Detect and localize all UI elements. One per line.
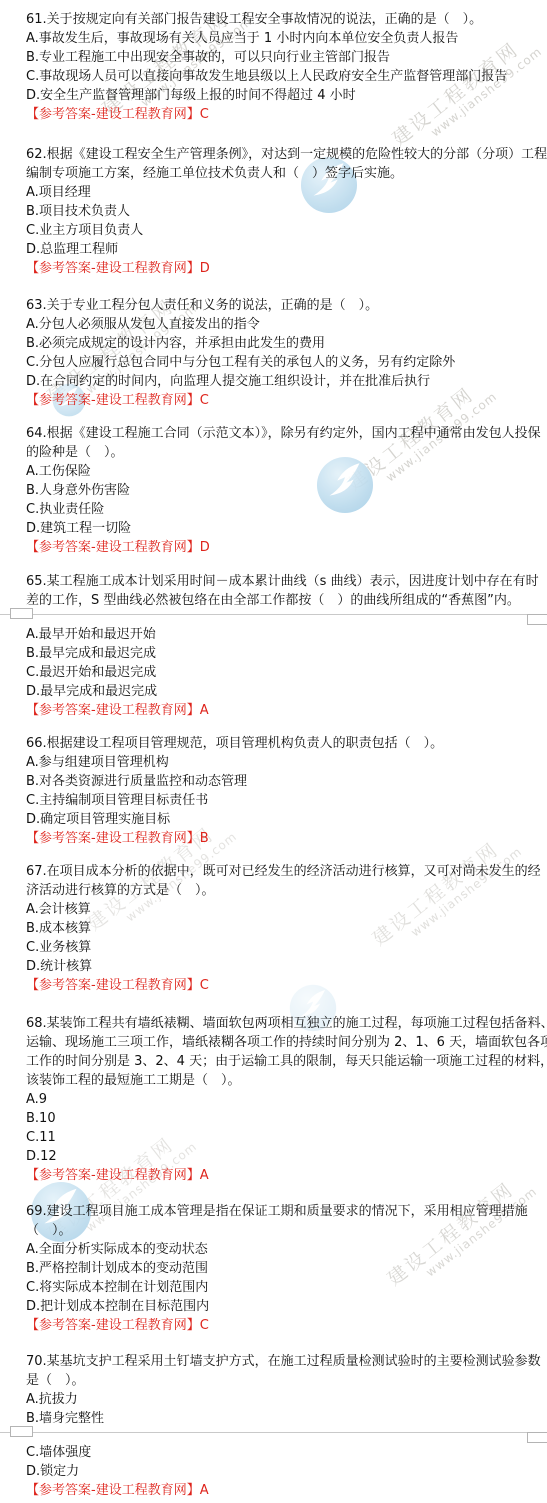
option-line: B.项目技术负责人 <box>26 202 547 221</box>
option-line: D.确定项目管理实施目标 <box>26 810 547 829</box>
option-line: D.12 <box>26 1147 547 1166</box>
answer-letter: C <box>200 107 209 122</box>
page-boundary-line <box>0 614 547 615</box>
question-stem-line: （ ）。 <box>26 1221 547 1240</box>
question-65: 65.某工程施工成本计划采用时间－成本累计曲线（s 曲线）表示，因进度计划中存在… <box>26 572 547 720</box>
question-stem-line: 62.根据《建设工程安全生产管理条例》，对达到一定规模的危险性较大的分部（分项）… <box>26 145 547 164</box>
question-stem-line: 69.建设工程项目施工成本管理是指在保证工期和质量要求的情况下，采用相应管理措施 <box>26 1202 547 1221</box>
answer-prefix: 【参考答案-建设工程教育网】 <box>26 261 200 276</box>
question-stem-line: 64.根据《建设工程施工合同（示范文本）》，除另有约定外，国内工程中通常由发包人… <box>26 424 547 443</box>
option-line: D.锁定力 <box>26 1462 547 1481</box>
option-line: B.专业工程施工中出现安全事故的，可以只向行业主管部门报告 <box>26 48 547 67</box>
question-stem-line: 运输、现场施工三项工作，墙纸裱糊各项工作的持续时间分别为 2、1、6 天，墙面软… <box>26 1033 547 1052</box>
option-line: B.必须完成规定的设计内容，并承担由此发生的费用 <box>26 334 547 353</box>
answer-line: 【参考答案-建设工程教育网】D <box>26 538 547 557</box>
page-margin-mark-left <box>10 608 33 619</box>
answer-letter: D <box>200 540 210 555</box>
page-boundary-line <box>0 1432 547 1433</box>
answer-prefix: 【参考答案-建设工程教育网】 <box>26 393 200 408</box>
option-line: A.最早开始和最迟开始 <box>26 625 547 644</box>
answer-prefix: 【参考答案-建设工程教育网】 <box>26 1168 200 1183</box>
option-line: A.会计核算 <box>26 900 547 919</box>
question-69: 69.建设工程项目施工成本管理是指在保证工期和质量要求的情况下，采用相应管理措施… <box>26 1202 547 1335</box>
question-62: 62.根据《建设工程安全生产管理条例》，对达到一定规模的危险性较大的分部（分项）… <box>26 145 547 278</box>
question-67: 67.在项目成本分析的依据中，既可对已经发生的经济活动进行核算，又可对尚未发生的… <box>26 862 547 995</box>
question-stem-line: 68.某装饰工程共有墙纸裱糊、墙面软包两项相互独立的施工过程，每项施工过程包括备… <box>26 1014 547 1033</box>
option-line: A.项目经理 <box>26 183 547 202</box>
answer-line: 【参考答案-建设工程教育网】C <box>26 1316 547 1335</box>
answer-letter: C <box>200 393 209 408</box>
answer-line: 【参考答案-建设工程教育网】D <box>26 259 547 278</box>
question-stem-line: 编制专项施工方案，经施工单位技术负责人和（ ）签字后实施。 <box>26 164 547 183</box>
question-stem-line: 是（ ）。 <box>26 1371 547 1390</box>
option-line: D.安全生产监督管理部门每级上报的时间不得超过 4 小时 <box>26 86 547 105</box>
question-70: 70.某基坑支护工程采用土钉墙支护方式，在施工过程质量检测试验时的主要检测试验参… <box>26 1352 547 1500</box>
option-line: A.事故发生后，事故现场有关人员应当于 1 小时内向本单位安全负责人报告 <box>26 29 547 48</box>
option-line: C.墙体强度 <box>26 1443 547 1462</box>
answer-line: 【参考答案-建设工程教育网】C <box>26 105 547 124</box>
answer-prefix: 【参考答案-建设工程教育网】 <box>26 703 200 718</box>
option-line: C.最迟开始和最迟完成 <box>26 663 547 682</box>
option-line: C.将实际成本控制在计划范围内 <box>26 1278 547 1297</box>
answer-letter: C <box>200 978 209 993</box>
document-body: 61.关于按规定向有关部门报告建设工程安全事故情况的说法，正确的是（ ）。A.事… <box>0 10 547 1500</box>
answer-prefix: 【参考答案-建设工程教育网】 <box>26 107 200 122</box>
question-stem-line: 工作的时间分别是 3、2、4 天；由于运输工具的限制，每天只能运输一项施工过程的… <box>26 1052 547 1071</box>
question-66: 66.根据建设工程项目管理规范，项目管理机构负责人的职责包括（ ）。A.参与组建… <box>26 734 547 848</box>
option-line: B.对各类资源进行质量监控和动态管理 <box>26 772 547 791</box>
question-stem-line: 65.某工程施工成本计划采用时间－成本累计曲线（s 曲线）表示，因进度计划中存在… <box>26 572 547 591</box>
option-line: C.分包人应履行总包合同中与分包工程有关的承包人的义务，另有约定除外 <box>26 353 547 372</box>
option-line: B.10 <box>26 1109 547 1128</box>
question-68: 68.某装饰工程共有墙纸裱糊、墙面软包两项相互独立的施工过程，每项施工过程包括备… <box>26 1014 547 1185</box>
option-line: B.成本核算 <box>26 919 547 938</box>
question-stem-line: 63.关于专业工程分包人责任和义务的说法，正确的是（ ）。 <box>26 296 547 315</box>
answer-line: 【参考答案-建设工程教育网】B <box>26 829 547 848</box>
question-stem-line: 67.在项目成本分析的依据中，既可对已经发生的经济活动进行核算，又可对尚未发生的… <box>26 862 547 881</box>
question-stem-line: 的险种是（ ）。 <box>26 443 547 462</box>
answer-prefix: 【参考答案-建设工程教育网】 <box>26 1318 200 1333</box>
question-stem-line: 该装饰工程的最短施工工期是（ ）。 <box>26 1071 547 1090</box>
answer-line: 【参考答案-建设工程教育网】A <box>26 1166 547 1185</box>
option-line: D.把计划成本控制在目标范围内 <box>26 1297 547 1316</box>
option-line: D.统计核算 <box>26 957 547 976</box>
option-line: C.业务核算 <box>26 938 547 957</box>
option-line: B.最早完成和最迟完成 <box>26 644 547 663</box>
option-line: A.9 <box>26 1090 547 1109</box>
option-line: C.业主方项目负责人 <box>26 221 547 240</box>
answer-line: 【参考答案-建设工程教育网】C <box>26 976 547 995</box>
question-stem-line: 济活动进行核算的方式是（ ）。 <box>26 881 547 900</box>
option-line: A.分包人必须服从发包人直接发出的指令 <box>26 315 547 334</box>
answer-prefix: 【参考答案-建设工程教育网】 <box>26 540 200 555</box>
option-line: A.参与组建项目管理机构 <box>26 753 547 772</box>
option-line: D.总监理工程师 <box>26 240 547 259</box>
page-boundary-marker <box>0 610 547 625</box>
option-line: A.抗拔力 <box>26 1390 547 1409</box>
page-margin-mark-left <box>10 1426 33 1437</box>
option-line: A.工伤保险 <box>26 462 547 481</box>
question-stem-line: 差的工作，S 型曲线必然被包络在由全部工作都按（ ）的曲线所组成的“香蕉图”内。 <box>26 591 547 610</box>
option-line: B.墙身完整性 <box>26 1409 547 1428</box>
option-line: B.人身意外伤害险 <box>26 481 547 500</box>
question-61: 61.关于按规定向有关部门报告建设工程安全事故情况的说法，正确的是（ ）。A.事… <box>26 10 547 124</box>
option-line: C.主持编制项目管理目标责任书 <box>26 791 547 810</box>
option-line: D.建筑工程一切险 <box>26 519 547 538</box>
document-page: 建设工程教育网www.jianshe99.com建设工程教育网www.jians… <box>0 0 547 1503</box>
option-line: A.全面分析实际成本的变动状态 <box>26 1240 547 1259</box>
answer-prefix: 【参考答案-建设工程教育网】 <box>26 1483 200 1498</box>
option-line: C.事故现场人员可以直接向事故发生地县级以上人民政府安全生产监督管理部门报告 <box>26 67 547 86</box>
page-margin-mark-right <box>527 614 547 625</box>
question-64: 64.根据《建设工程施工合同（示范文本）》，除另有约定外，国内工程中通常由发包人… <box>26 424 547 557</box>
option-line: C.11 <box>26 1128 547 1147</box>
answer-letter: C <box>200 1318 209 1333</box>
answer-line: 【参考答案-建设工程教育网】C <box>26 391 547 410</box>
answer-prefix: 【参考答案-建设工程教育网】 <box>26 978 200 993</box>
answer-letter: A <box>200 1168 209 1183</box>
option-line: D.在合同约定的时间内，向监理人提交施工组织设计，并在批准后执行 <box>26 372 547 391</box>
option-line: D.最早完成和最迟完成 <box>26 682 547 701</box>
question-stem-line: 61.关于按规定向有关部门报告建设工程安全事故情况的说法，正确的是（ ）。 <box>26 10 547 29</box>
answer-letter: B <box>200 831 209 846</box>
question-stem-line: 66.根据建设工程项目管理规范，项目管理机构负责人的职责包括（ ）。 <box>26 734 547 753</box>
question-stem-line: 70.某基坑支护工程采用土钉墙支护方式，在施工过程质量检测试验时的主要检测试验参… <box>26 1352 547 1371</box>
page-margin-mark-right <box>527 1432 547 1443</box>
answer-line: 【参考答案-建设工程教育网】A <box>26 1481 547 1500</box>
answer-letter: D <box>200 261 210 276</box>
answer-prefix: 【参考答案-建设工程教育网】 <box>26 831 200 846</box>
answer-letter: A <box>200 703 209 718</box>
answer-line: 【参考答案-建设工程教育网】A <box>26 701 547 720</box>
question-63: 63.关于专业工程分包人责任和义务的说法，正确的是（ ）。A.分包人必须服从发包… <box>26 296 547 410</box>
option-line: C.执业责任险 <box>26 500 547 519</box>
option-line: B.严格控制计划成本的变动范围 <box>26 1259 547 1278</box>
answer-letter: A <box>200 1483 209 1498</box>
page-boundary-marker <box>0 1428 547 1443</box>
